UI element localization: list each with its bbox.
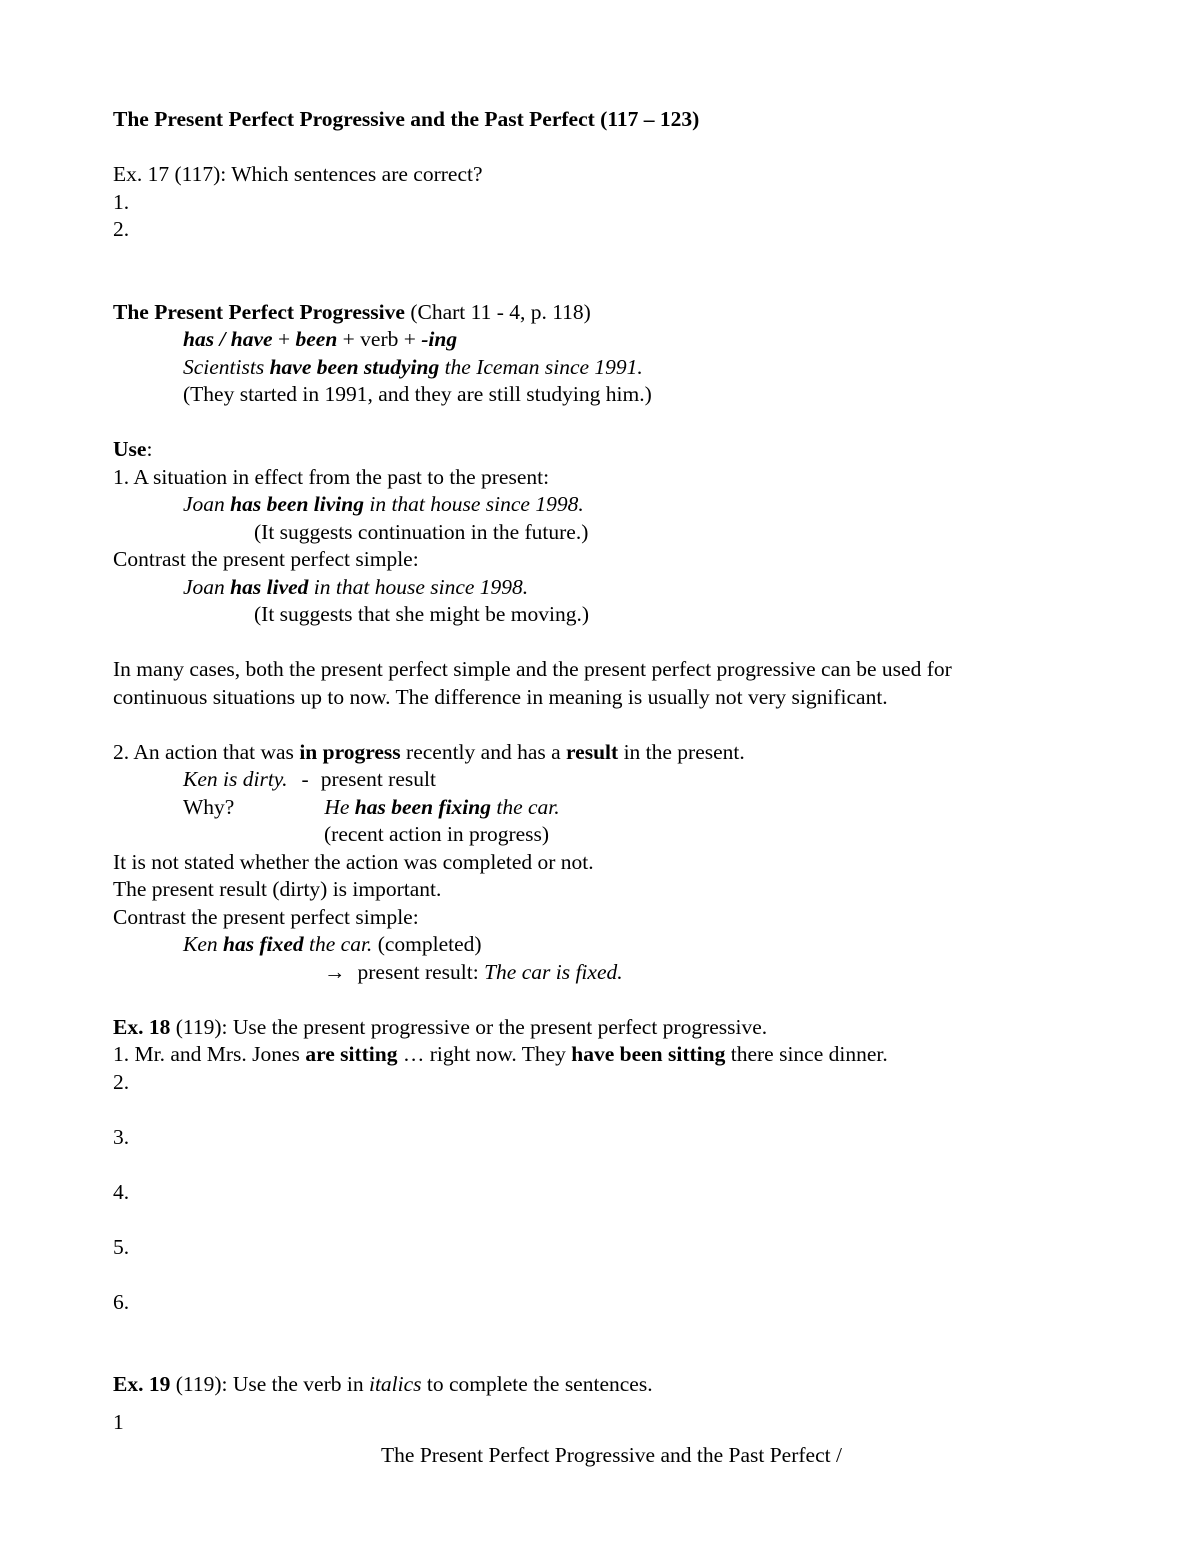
text-run: to complete the sentences. — [422, 1372, 653, 1396]
text-run: -ing — [421, 327, 457, 351]
blank-line — [113, 1261, 1110, 1289]
text-run: in that house since 1998. — [308, 575, 528, 599]
ex18-item-4: 4. — [113, 1179, 1110, 1207]
page-footer: The Present Perfect Progressive and the … — [113, 1442, 1110, 1470]
blank-line — [113, 1316, 1110, 1344]
contrast-heading-1: Contrast the present perfect simple: — [113, 546, 1110, 574]
note-present-result: The present result (dirty) is important. — [113, 876, 1110, 904]
blank-line — [113, 986, 1110, 1014]
blank-line — [113, 1206, 1110, 1234]
text-run: 2. An action that was — [113, 740, 299, 764]
text-run: 1. A situation in effect from the past t… — [113, 465, 549, 489]
text-run: Contrast the present perfect simple: — [113, 547, 419, 571]
text-run: Why? — [183, 795, 234, 819]
text-run: Contrast the present perfect simple: — [113, 905, 419, 929]
text-run: have been studying — [270, 355, 440, 379]
text-run: Use — [113, 437, 146, 461]
blank-line — [113, 629, 1110, 657]
ex17-heading: Ex. 17 (117): Which sentences are correc… — [113, 161, 1110, 189]
text-run: Ken — [183, 932, 223, 956]
text-run: italics — [369, 1372, 422, 1396]
document-page: The Present Perfect Progressive and the … — [0, 0, 1200, 1553]
text-run: 5. — [113, 1235, 129, 1259]
text-run: in that house since 1998. — [364, 492, 584, 516]
text-run: 1 — [113, 1410, 124, 1434]
text-run: He — [324, 795, 354, 819]
text-run: (It suggests that she might be moving.) — [254, 602, 589, 626]
doc-title: The Present Perfect Progressive and the … — [113, 106, 1110, 134]
text-run: result — [566, 740, 618, 764]
text-run: - — [302, 767, 309, 791]
text-run: in the present. — [618, 740, 745, 764]
example-ken-dirty: Ken is dirty.-present result — [113, 766, 1110, 794]
ex18-heading: Ex. 18 (119): Use the present progressiv… — [113, 1014, 1110, 1042]
text-run: 1. — [113, 190, 129, 214]
contrast-heading-2: Contrast the present perfect simple: — [113, 904, 1110, 932]
text-run: recently and has a — [401, 740, 566, 764]
use-item-2: 2. An action that was in progress recent… — [113, 739, 1110, 767]
text-run: 2. — [113, 217, 129, 241]
text-run: present result: — [358, 960, 485, 984]
note-arrow-result: →present result: The car is fixed. — [113, 959, 1110, 987]
section-title-ppp: The Present Perfect Progressive (Chart 1… — [113, 299, 1110, 327]
text-run: (Chart 11 - 4, p. 118) — [405, 300, 591, 324]
example-ken-why: Why?He has been fixing the car. — [113, 794, 1110, 822]
text-run: The car is fixed. — [484, 960, 623, 984]
text-run: Scientists — [183, 355, 270, 379]
text-run: has been fixing — [355, 795, 491, 819]
para-many-cases-2: continuous situations up to now. The dif… — [113, 684, 1110, 712]
text-run: (completed) — [372, 932, 481, 956]
blank-line — [113, 1096, 1110, 1124]
blank-line — [113, 1344, 1110, 1372]
ex17-item-2: 2. — [113, 216, 1110, 244]
ex18-item-1: 1. Mr. and Mrs. Jones are sitting … righ… — [113, 1041, 1110, 1069]
text-run: The Present Perfect Progressive and the … — [113, 107, 699, 131]
text-run: there since dinner. — [725, 1042, 887, 1066]
text-run: in progress — [299, 740, 400, 764]
text-run: has / have — [183, 327, 273, 351]
blank-line — [113, 244, 1110, 272]
note-moving: (It suggests that she might be moving.) — [113, 601, 1110, 629]
ex19-heading: Ex. 19 (119): Use the verb in italics to… — [113, 1371, 1110, 1399]
example-iceman: Scientists have been studying the Iceman… — [113, 354, 1110, 382]
text-run: It is not stated whether the action was … — [113, 850, 594, 874]
text-run: (119): Use the verb in — [170, 1372, 369, 1396]
example-ken-fixed: Ken has fixed the car. (completed) — [113, 931, 1110, 959]
text-run: the car. — [491, 795, 560, 819]
ex18-item-3: 3. — [113, 1124, 1110, 1152]
text-run: 6. — [113, 1290, 129, 1314]
text-run: Joan — [183, 492, 230, 516]
text-run: (It suggests continuation in the future.… — [254, 520, 588, 544]
ex18-item-6: 6. — [113, 1289, 1110, 1317]
text-run: Ex. 19 — [113, 1372, 170, 1396]
blank-line — [113, 271, 1110, 299]
text-run: Ex. 17 (117): Which sentences are correc… — [113, 162, 483, 186]
text-run: 4. — [113, 1180, 129, 1204]
text-run: continuous situations up to now. The dif… — [113, 685, 888, 709]
note-not-stated: It is not stated whether the action was … — [113, 849, 1110, 877]
text-run: + verb + — [337, 327, 421, 351]
example-joan-living: Joan has been living in that house since… — [113, 491, 1110, 519]
ex18-item-2: 2. — [113, 1069, 1110, 1097]
text-run: Ken is dirty. — [183, 767, 288, 791]
ex17-item-1: 1. — [113, 189, 1110, 217]
text-run: : — [146, 437, 152, 461]
note-iceman: (They started in 1991, and they are stil… — [113, 381, 1110, 409]
text-run: the Iceman since 1991. — [439, 355, 643, 379]
text-run: has been living — [230, 492, 364, 516]
text-run: 1. Mr. and Mrs. Jones — [113, 1042, 305, 1066]
text-run: (119): Use the present progressive or th… — [170, 1015, 767, 1039]
use-heading: Use: — [113, 436, 1110, 464]
note-continuation: (It suggests continuation in the future.… — [113, 519, 1110, 547]
text-run: (They started in 1991, and they are stil… — [183, 382, 652, 406]
text-run: The present result (dirty) is important. — [113, 877, 441, 901]
text-run: → — [324, 960, 346, 984]
text-run: Joan — [183, 575, 230, 599]
blank-line — [113, 1151, 1110, 1179]
text-run: the car. — [304, 932, 373, 956]
text-run: are sitting — [305, 1042, 397, 1066]
text-run: The Present Perfect Progressive and the … — [381, 1443, 842, 1467]
use-item-1: 1. A situation in effect from the past t… — [113, 464, 1110, 492]
ex19-item-1: 1 — [113, 1409, 1110, 1437]
text-run: The Present Perfect Progressive — [113, 300, 405, 324]
text-run: has lived — [230, 575, 308, 599]
text-run: 2. — [113, 1070, 129, 1094]
blank-line — [113, 711, 1110, 739]
text-run: has fixed — [223, 932, 304, 956]
note-recent-action: (recent action in progress) — [113, 821, 1110, 849]
blank-line — [113, 409, 1110, 437]
text-run: In many cases, both the present perfect … — [113, 657, 952, 681]
para-many-cases-1: In many cases, both the present perfect … — [113, 656, 1110, 684]
text-run: + — [273, 327, 296, 351]
text-run: have been sitting — [571, 1042, 725, 1066]
text-run: present result — [321, 767, 436, 791]
text-run: 3. — [113, 1125, 129, 1149]
text-run: been — [295, 327, 337, 351]
text-run: (recent action in progress) — [324, 822, 549, 846]
text-run: Ex. 18 — [113, 1015, 170, 1039]
ex18-item-5: 5. — [113, 1234, 1110, 1262]
example-joan-lived: Joan has lived in that house since 1998. — [113, 574, 1110, 602]
form-rule: has / have + been + verb + -ing — [113, 326, 1110, 354]
text-run: … right now. They — [397, 1042, 571, 1066]
blank-line — [113, 134, 1110, 162]
